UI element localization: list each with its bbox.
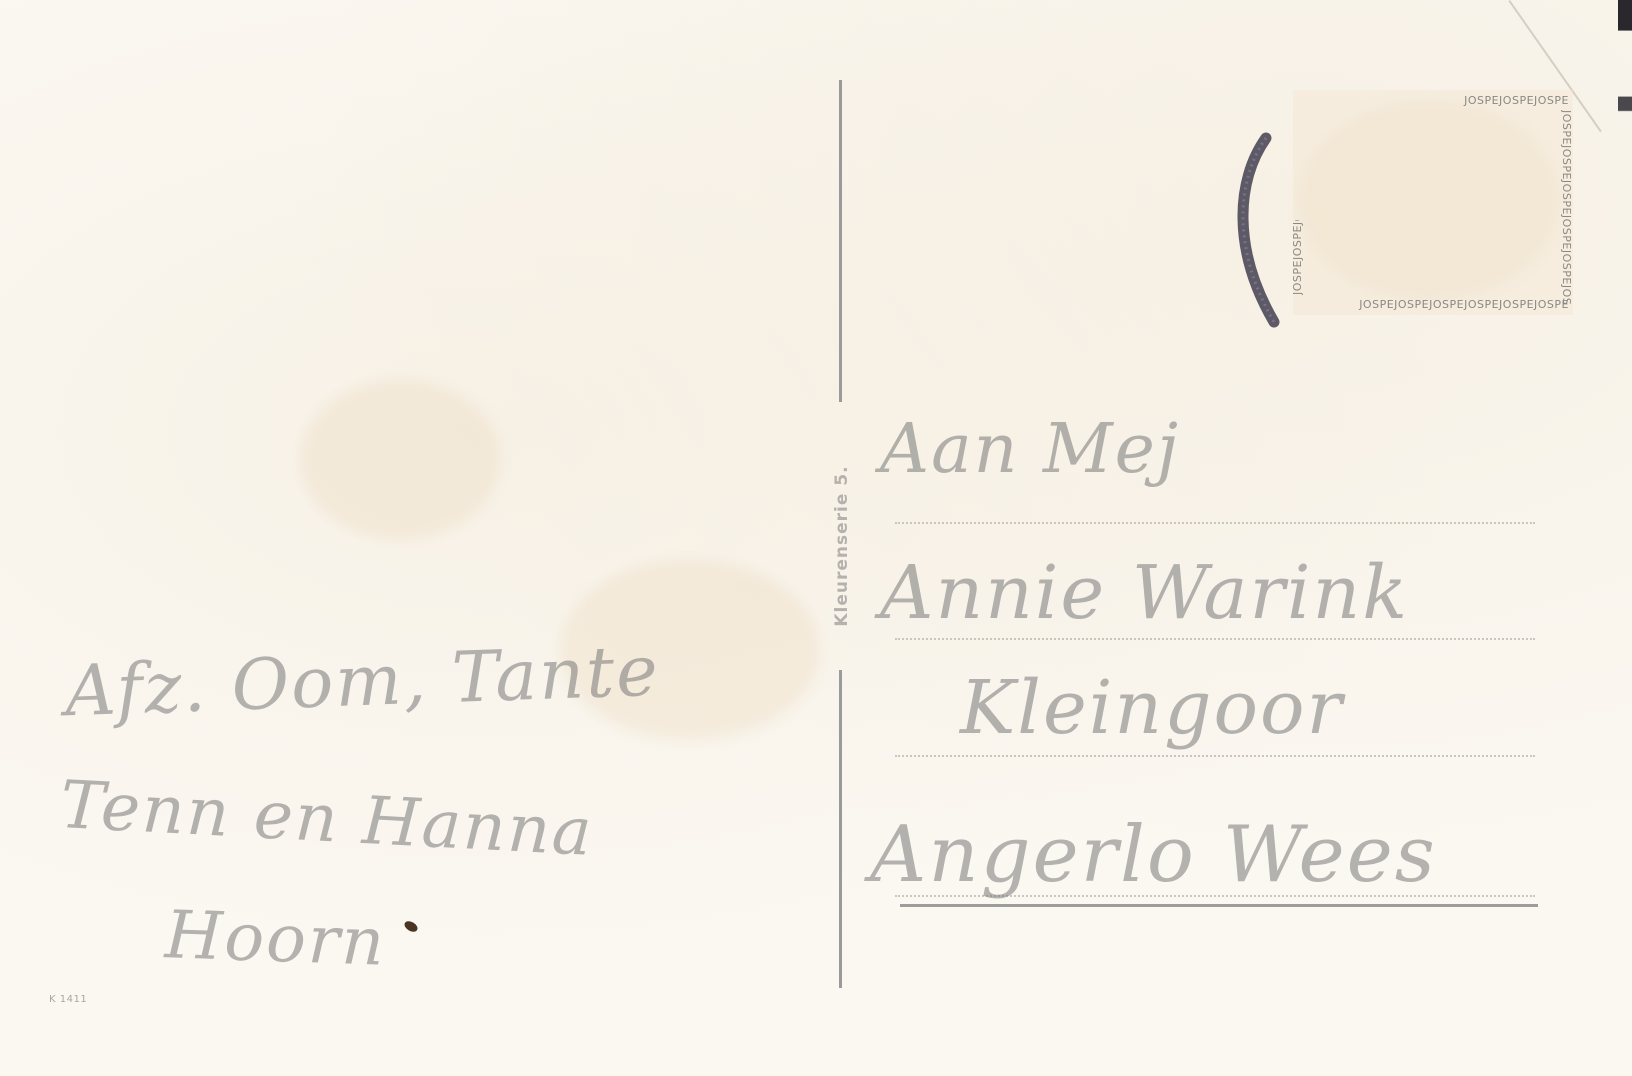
message-line-3: Hoorn (164, 896, 388, 981)
address-line-underline (900, 904, 1538, 907)
stamp-box-border-top: JOSPEJOSPEJOSPE (1464, 94, 1569, 107)
stamp-box-border-right: JOSPEJOSPEJOSPEJOSPEJOSPEJOSPE (1560, 110, 1573, 305)
address-line-2 (895, 638, 1535, 640)
address-recipient-name: Annie Warink (880, 550, 1409, 636)
postcard-back: Kleurenserie 5. JOSPEJOSPEJOSPE JOSPEJOS… (0, 0, 1632, 1076)
ink-spot (403, 919, 420, 934)
center-divider-top (839, 80, 842, 402)
series-label: Kleurenserie 5. (832, 465, 852, 626)
message-line-2: Tenn en Hanna (58, 766, 595, 871)
center-divider-bottom (839, 670, 842, 988)
address-recipient-title: Aan Mej (880, 410, 1180, 489)
address-line-1 (895, 522, 1535, 524)
address-town: Angerlo Wees (870, 810, 1437, 900)
torn-corner (1618, 0, 1632, 120)
paper-stain (300, 380, 500, 540)
catalog-number: K 1411 (49, 994, 87, 1005)
message-line-1: Afz. Oom, Tante (64, 630, 661, 733)
stamp-box-border-bottom: JOSPEJOSPEJOSPEJOSPEJOSPEJOSPE (1359, 298, 1569, 311)
address-street: Kleingoor (960, 665, 1344, 751)
stamp-remnant (1293, 90, 1573, 315)
postmark-arc-icon (1228, 130, 1298, 330)
address-line-3 (895, 755, 1535, 757)
stamp-box: JOSPEJOSPEJOSPE JOSPEJOSPEJOSPEJOSPEJOSP… (1293, 90, 1573, 315)
